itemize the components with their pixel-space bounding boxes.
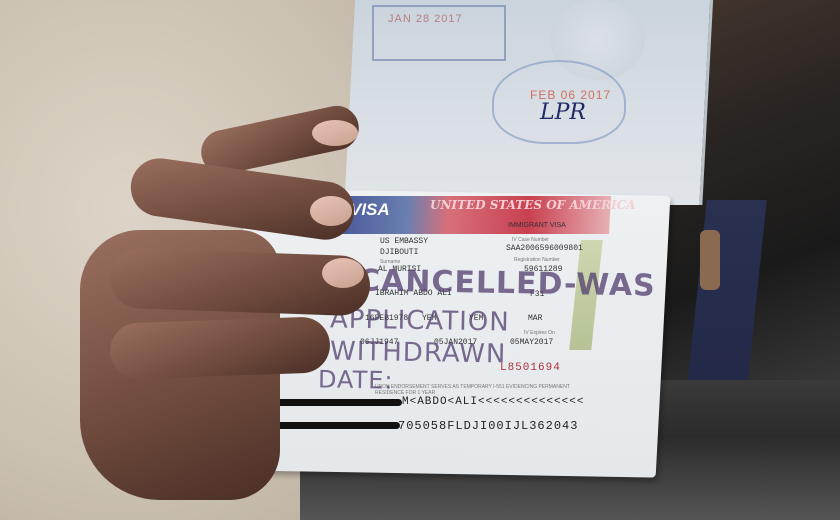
little-finger	[109, 316, 331, 380]
visa-label: VISA	[350, 200, 390, 220]
issuing-post: US EMBASSY	[380, 237, 428, 246]
ring-fingernail	[322, 258, 364, 288]
mrz-line-2: 705058FLDJI00IJL362043	[398, 419, 578, 433]
issuing-city: DJIBOUTI	[380, 248, 418, 257]
case-number-label: IV Case Number	[512, 237, 549, 243]
annotation: UPON ENDORSEMENT SERVES AS TEMPORARY I-5…	[375, 384, 575, 396]
entry-stamp-date: JAN 28 2017	[388, 13, 463, 25]
marital-status: MAR	[528, 314, 542, 323]
expiry-date: 05MAY2017	[510, 338, 553, 347]
middle-fingernail	[310, 196, 352, 226]
expiry-label: IV Expires On	[524, 330, 555, 336]
control-number: L8501694	[500, 362, 561, 374]
cancel-stamp-line-4: DATE:	[318, 365, 394, 394]
mrz-line-1: M<ABDO<ALI<<<<<<<<<<<<<<	[402, 396, 584, 408]
registration-label: Registration Number	[514, 257, 560, 263]
cancel-stamp-line-1: CANCELLED-WAS	[358, 263, 656, 303]
index-fingernail	[312, 120, 358, 146]
zipper-pull	[700, 230, 720, 290]
entry-stamp: JAN 28 2017	[372, 5, 506, 61]
redaction-bar-1	[262, 399, 402, 406]
visa-type: IMMIGRANT VISA	[508, 222, 566, 229]
case-number: SAA2006596009801	[506, 244, 583, 253]
cancel-stamp-line-3: WITHDRAWN	[330, 336, 507, 369]
handwritten-lpr: LPR	[540, 100, 586, 125]
visa-country: UNITED STATES OF AMERICA	[430, 198, 636, 212]
